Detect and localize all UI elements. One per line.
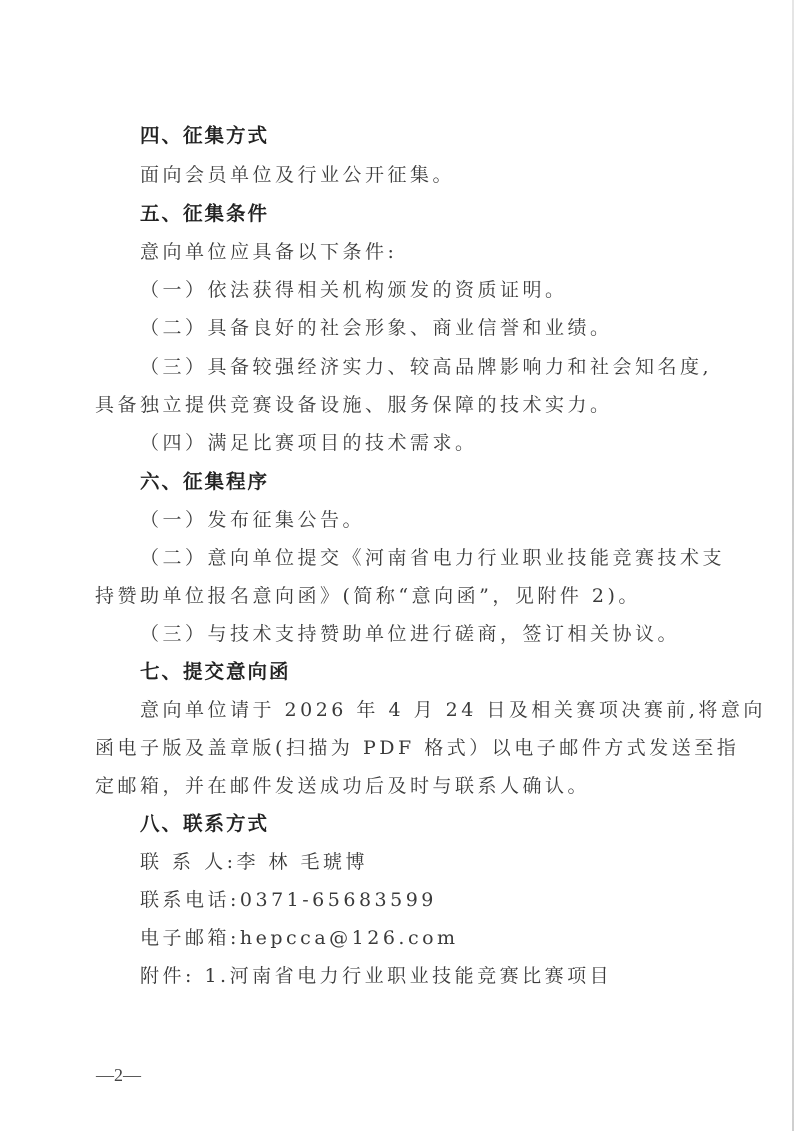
paragraph: 意向单位请于 2026 年 4 月 24 日及相关赛项决赛前,将意向 (140, 695, 766, 722)
contact-person: 联 系 人:李 林 毛琥博 (140, 847, 368, 874)
paragraph: （四）满足比赛项目的技术需求。 (140, 428, 478, 455)
paragraph: （一）依法获得相关机构颁发的资质证明。 (140, 275, 568, 302)
paragraph: 意向单位应具备以下条件: (140, 237, 397, 264)
paragraph-continuation: 具备独立提供竞赛设备设施、服务保障的技术实力。 (95, 390, 613, 417)
paragraph-continuation: 定邮箱，并在邮件发送成功后及时与联系人确认。 (95, 771, 590, 798)
paragraph: （二）意向单位提交《河南省电力行业职业技能竞赛技术支 (140, 543, 725, 570)
paragraph: 面向会员单位及行业公开征集。 (140, 160, 455, 187)
attachment-line: 附件: 1.河南省电力行业职业技能竞赛比赛项目 (140, 961, 612, 988)
scan-edge-line (792, 0, 794, 1131)
paragraph-continuation: 函电子版及盖章版(扫描为 PDF 格式）以电子邮件方式发送至指 (95, 733, 739, 760)
page-number: —2— (96, 1065, 141, 1086)
paragraph: （三）具备较强经济实力、较高品牌影响力和社会知名度, (140, 352, 712, 379)
contact-email: 电子邮箱:hepcca@126.com (140, 923, 459, 950)
section-heading-contact: 八、联系方式 (140, 808, 269, 836)
paragraph: （一）发布征集公告。 (140, 505, 365, 532)
paragraph: （三）与技术支持赞助单位进行磋商，签订相关协议。 (140, 619, 680, 646)
paragraph-continuation: 持赞助单位报名意向函》(简称“意向函”，见附件 2)。 (95, 581, 641, 608)
section-heading-conditions: 五、征集条件 (140, 198, 269, 226)
section-heading-submit-letter: 七、提交意向函 (140, 656, 291, 684)
section-heading-procedure: 六、征集程序 (140, 466, 269, 494)
contact-phone: 联系电话:0371-65683599 (140, 885, 437, 912)
paragraph: （二）具备良好的社会形象、商业信誉和业绩。 (140, 313, 613, 340)
section-heading-collection-method: 四、征集方式 (140, 120, 269, 148)
